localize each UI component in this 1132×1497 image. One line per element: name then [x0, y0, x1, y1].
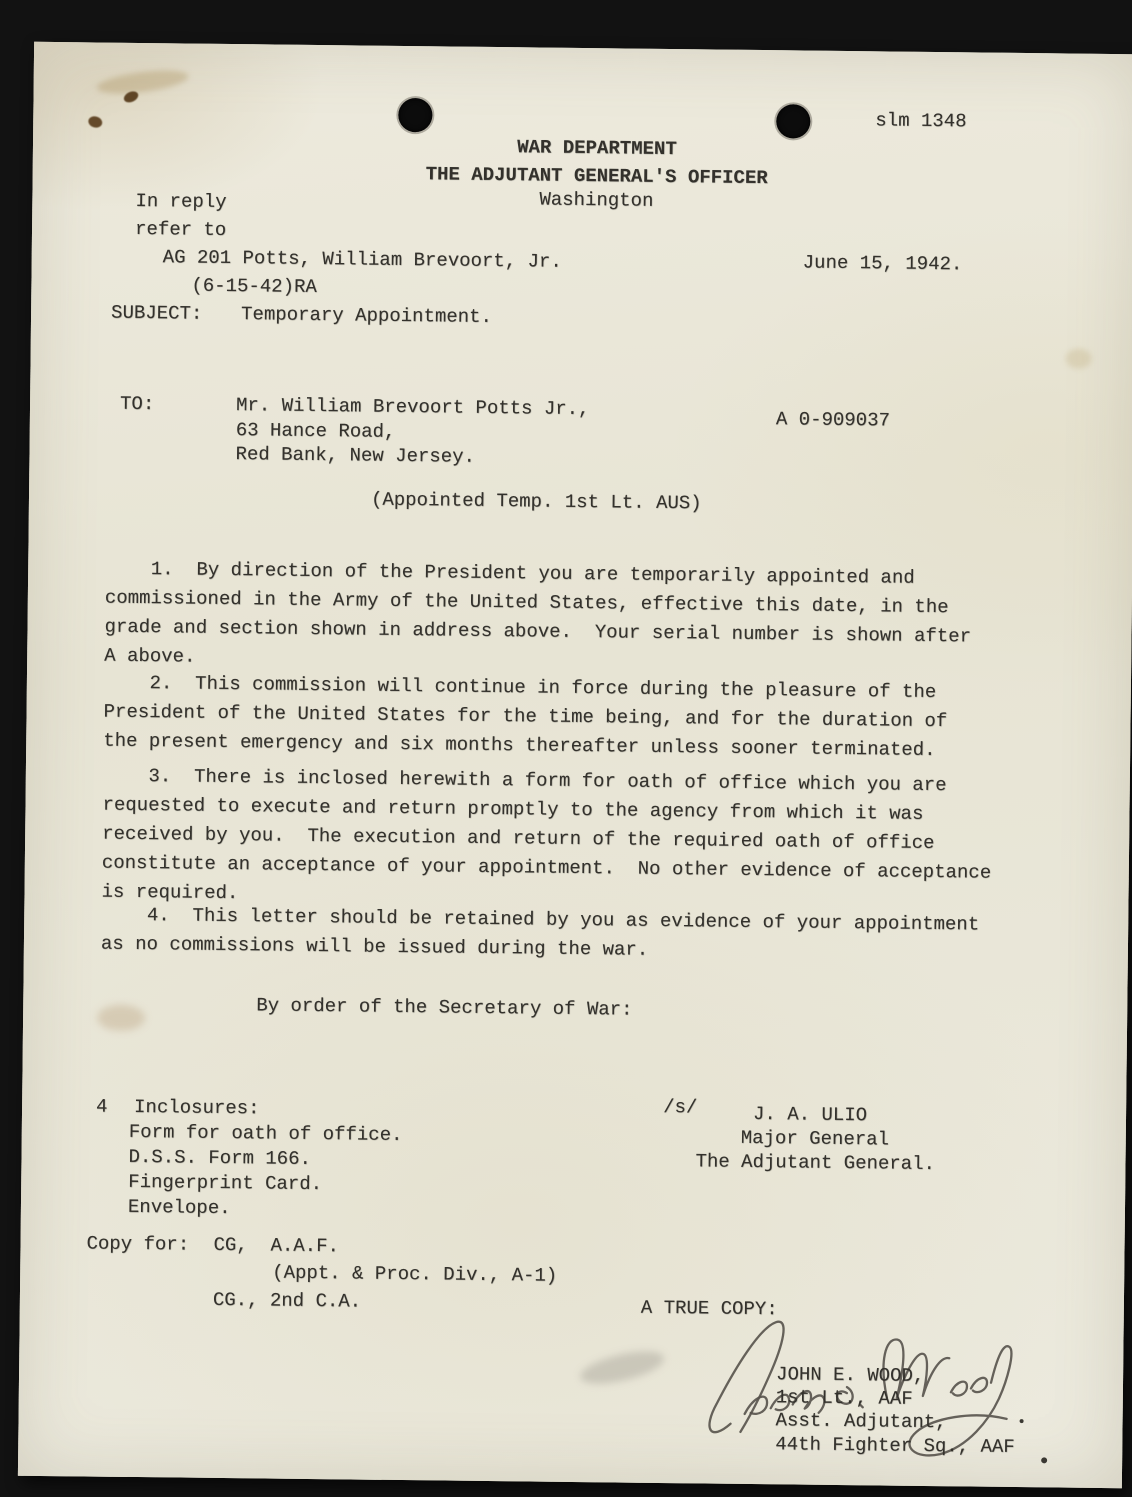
stain	[87, 115, 103, 129]
paragraph-1: 1. By direction of the President you are…	[104, 555, 972, 681]
scan-background: { "colors": { "background": "#121212", "…	[0, 0, 1132, 1497]
addressee-street: 63 Hance Road,	[236, 418, 396, 444]
ink-speck	[1041, 1457, 1047, 1463]
by-order-line: By order of the Secretary of War:	[256, 993, 633, 1021]
addressee-name: Mr. William Brevoort Potts Jr.,	[236, 393, 590, 421]
inclosure-item: D.S.S. Form 166.	[128, 1145, 311, 1171]
stain	[97, 1005, 145, 1032]
paragraph-4: 4. This letter should be retained by you…	[101, 901, 980, 969]
letterhead-department: WAR DEPARTMENT	[297, 133, 897, 164]
punch-hole-left	[398, 98, 432, 132]
file-reference: AG 201 Potts, William Brevoort, Jr.	[163, 245, 562, 274]
subject-label: SUBJECT:	[111, 301, 202, 326]
copy-for-line: CG., 2nd C.A.	[213, 1288, 361, 1314]
signed-name: J. A. ULIO	[753, 1102, 867, 1127]
stain	[122, 89, 140, 104]
stain	[1066, 349, 1092, 369]
addressee-city: Red Bank, New Jersey.	[235, 442, 475, 469]
copy-for-label: Copy for:	[86, 1231, 189, 1256]
signed-rank: Major General	[741, 1126, 889, 1152]
stain	[96, 66, 190, 98]
stain	[577, 1345, 667, 1390]
file-date-code: (6-15-42)RA	[191, 274, 317, 299]
inclosure-item: Form for oath of office.	[129, 1120, 403, 1147]
in-reply-line: In reply	[135, 189, 226, 214]
subject-text: Temporary Appointment.	[241, 302, 492, 329]
to-label: TO:	[120, 392, 154, 416]
certifier-unit: 44th Fighter Sq., AAF	[775, 1432, 1015, 1459]
certifier-title: Asst. Adjutant,	[775, 1408, 946, 1434]
paragraph-2: 2. This commission will continue in forc…	[103, 669, 948, 766]
inclosures-count: 4	[96, 1095, 108, 1119]
copy-for-line: (Appt. & Proc. Div., A-1)	[272, 1261, 557, 1288]
inclosure-item: Envelope.	[128, 1195, 231, 1220]
punch-hole-right	[776, 104, 810, 138]
inclosure-item: Fingerprint Card.	[128, 1170, 322, 1196]
certifier-rank: 1st Lt., AAF	[776, 1385, 913, 1411]
signed-title: The Adjutant General.	[695, 1149, 935, 1176]
signed-mark: /s/	[663, 1095, 697, 1119]
certifier-typed-name: JOHN E. WOOD,	[776, 1362, 924, 1388]
letter-paper: slm 1348 WAR DEPARTMENT THE ADJUTANT GEN…	[18, 42, 1132, 1488]
appointment-note: (Appointed Temp. 1st Lt. AUS)	[371, 488, 702, 516]
paragraph-3: 3. There is inclosed herewith a form for…	[101, 762, 992, 917]
copy-for-line: CG, A.A.F.	[213, 1233, 339, 1258]
letter-date: June 15, 1942.	[803, 251, 963, 277]
serial-number: A 0-909037	[776, 407, 890, 432]
inclosures-label: Inclosures:	[134, 1095, 260, 1120]
control-number: slm 1348	[875, 108, 966, 133]
in-reply-line: refer to	[135, 217, 226, 242]
